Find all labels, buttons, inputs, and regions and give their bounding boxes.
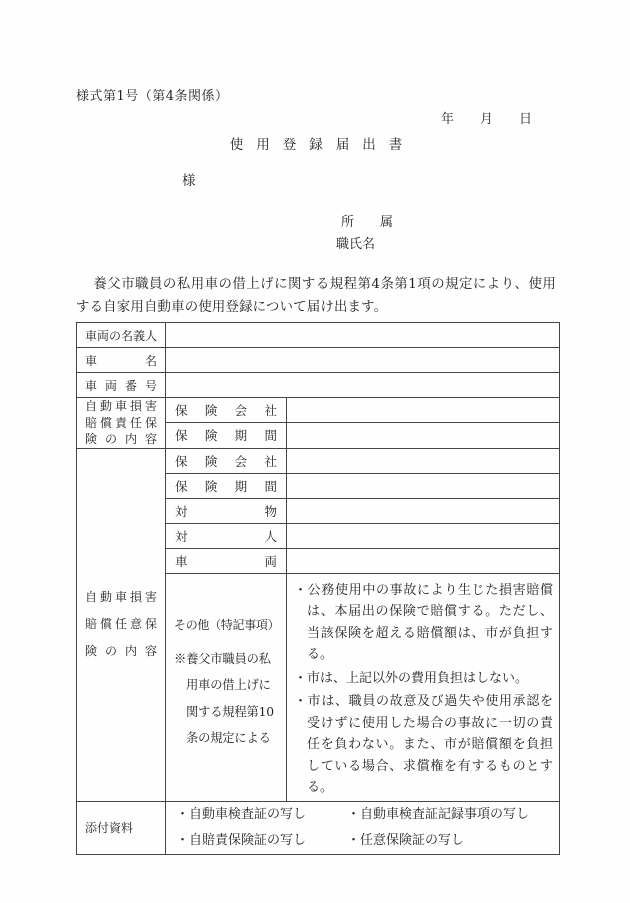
vehicle-number-label: 車両番号 [85, 377, 157, 394]
conditions-cell: ・公務使用中の事故により生じた損害賠償は、本届出の保険で賠償する。ただし、当該保… [287, 573, 560, 801]
compulsory-label-line-3: 険の内容 [85, 431, 157, 448]
signer-block: 所 属 職氏名 [76, 212, 556, 256]
table-row-car-name: 車名 [77, 348, 560, 373]
voluntary-label-line-2: 賠償任意保 [85, 611, 157, 638]
owner-label: 車両の名義人 [85, 327, 157, 344]
attachments-label: 添付資料 [77, 801, 166, 854]
voluntary-company-label: 保険会社 [175, 452, 277, 470]
condition-item: ・市は、職員の故意及び過失や使用承認を受けずに使用した場合の事故に一切の責任を負… [294, 691, 553, 799]
car-name-value-cell [166, 348, 560, 373]
table-row-attachments: 添付資料 ・自動車検査証の写し ・自動車検査証記録事項の写し ・自賠責保険証の写… [77, 801, 560, 854]
compulsory-period-label: 保険期間 [175, 426, 277, 444]
attachment-item: ・自動車検査証記録事項の写し [347, 802, 559, 828]
compulsory-period-value-cell [287, 423, 560, 448]
attachments-cell: ・自動車検査証の写し ・自動車検査証記録事項の写し ・自賠責保険証の写し ・任意… [166, 801, 560, 854]
affiliation-label: 所 属 [336, 212, 556, 234]
vehicle-coverage-value-cell [287, 548, 560, 573]
voluntary-label-line-3: 険の内容 [85, 638, 157, 665]
compulsory-company-label: 保険会社 [175, 401, 277, 419]
property-damage-value-cell [287, 498, 560, 523]
other-label: その他（特記事項） [174, 616, 279, 633]
table-row-voluntary-company: 自動車損害 賠償任意保 険の内容 保険会社 [77, 448, 560, 473]
voluntary-period-value-cell [287, 473, 560, 498]
attachment-item: ・任意保険証の写し [347, 828, 559, 854]
voluntary-label-line-1: 自動車損害 [85, 584, 157, 611]
car-name-label: 車名 [85, 352, 157, 369]
vehicle-number-value-cell [166, 373, 560, 398]
form-number: 様式第1号（第4条関係） [76, 89, 556, 105]
position-name-label: 職氏名 [336, 234, 556, 256]
declaration-paragraph: 養父市職員の私用車の借上げに関する規程第4条第1項の規定により、使用する自家用自… [76, 273, 556, 319]
document-content: 様式第1号（第4条関係） 年 月 日 使用登録届出書 様 所 属 職氏名 養父市… [76, 89, 556, 855]
table-row-vehicle-number: 車両番号 [77, 373, 560, 398]
registration-table: 車両の名義人 車名 車両番号 自動車損害 賠償責任保 険の内容 保険会社 [76, 322, 560, 855]
document-title: 使用登録届出書 [76, 137, 556, 154]
document-page: 様式第1号（第4条関係） 年 月 日 使用登録届出書 様 所 属 職氏名 養父市… [0, 0, 630, 903]
compulsory-label-line-2: 賠償責任保 [85, 415, 157, 432]
condition-item: ・市は、上記以外の費用負担はしない。 [294, 668, 553, 690]
vehicle-coverage-label: 車両 [175, 552, 277, 570]
table-row-compulsory-company: 自動車損害 賠償責任保 険の内容 保険会社 [77, 398, 560, 423]
other-regulation-note: ※養父市職員の私用車の借上げに関する規程第10条の規定による [174, 646, 279, 752]
personal-injury-value-cell [287, 523, 560, 548]
owner-value-cell [166, 323, 560, 348]
attachment-item: ・自賠責保険証の写し [176, 828, 347, 854]
property-damage-label: 対物 [175, 502, 277, 520]
voluntary-period-label: 保険期間 [175, 477, 277, 495]
condition-item: ・公務使用中の事故により生じた損害賠償は、本届出の保険で賠償する。ただし、当該保… [294, 580, 553, 666]
other-special-notes-cell: その他（特記事項） ※養父市職員の私用車の借上げに関する規程第10条の規定による [166, 573, 287, 801]
compulsory-insurance-label: 自動車損害 賠償責任保 険の内容 [77, 398, 166, 449]
voluntary-insurance-label: 自動車損害 賠償任意保 険の内容 [77, 448, 166, 801]
compulsory-label-line-1: 自動車損害 [85, 398, 157, 415]
attachment-item: ・自動車検査証の写し [176, 802, 347, 828]
date-line: 年 月 日 [76, 112, 556, 128]
attachments-list: ・自動車検査証の写し ・自動車検査証記録事項の写し ・自賠責保険証の写し ・任意… [176, 802, 559, 854]
voluntary-company-value-cell [287, 448, 560, 473]
addressee-honorific: 様 [76, 173, 556, 190]
personal-injury-label: 対人 [175, 527, 277, 545]
table-row-owner: 車両の名義人 [77, 323, 560, 348]
compulsory-company-value-cell [287, 398, 560, 423]
